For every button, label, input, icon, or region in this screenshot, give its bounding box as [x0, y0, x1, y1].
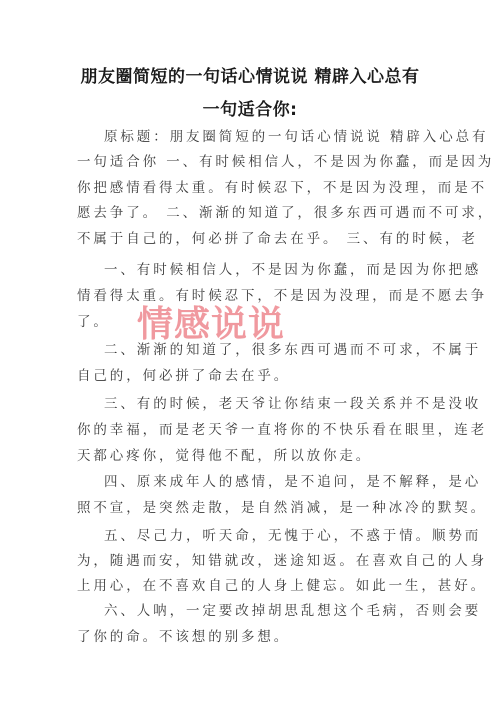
body-line: 自己的，何必拼了命去在乎。 — [77, 368, 290, 384]
body-line: 不属于自己的，何必拼了命去在乎。 三、有的时候，老 — [77, 231, 478, 247]
article-title-line-1: 朋友圈简短的一句话心情说说 精辟入心总有 — [0, 62, 500, 87]
body-line: 为，随遇而安，知错就改，迷途知返。在喜欢自己的人身 — [77, 553, 487, 569]
document-page: 朋友圈简短的一句话心情说说 精辟入心总有 一句适合你: 原标题：朋友圈简短的一句… — [0, 0, 500, 708]
body-line: 一句适合你 一、有时候相信人，不是因为你蠢，而是因为 — [77, 154, 494, 170]
article-title-line-2: 一句适合你: — [0, 95, 500, 120]
body-line: 四、原来成年人的感情，是不追问，是不解释，是心 — [104, 474, 481, 490]
body-line: 一、有时候相信人，不是因为你蠢，而是因为你把感 — [104, 262, 481, 278]
body-line: 愿去争了。 二、渐渐的知道了，很多东西可遇而不可求， — [77, 205, 494, 221]
body-line: 了。 — [77, 314, 110, 330]
body-line: 情看得太重。有时候忍下，不是因为没理，而是不愿去争 — [77, 288, 487, 304]
body-line: 六、人呐，一定要改掉胡思乱想这个毛病，否则会要 — [104, 603, 481, 619]
body-line: 原标题：朋友圈简短的一句话心情说说 精辟入心总有 — [104, 129, 488, 145]
body-line: 三、有的时候，老天爷让你结束一段关系并不是没收 — [104, 396, 481, 412]
body-line: 上用心，在不喜欢自己的人身上健忘。如此一生，甚好。 — [77, 578, 487, 594]
body-line: 你把感情看得太重。有时候忍下，不是因为没理，而是不 — [77, 180, 487, 196]
body-line: 五、尽己力，听天命，无愧于心，不惑于情。顺势而 — [104, 528, 481, 544]
body-line: 你的幸福，而是老天爷一直将你的不快乐看在眼里，连老 — [77, 422, 487, 438]
body-line: 照不宣，是突然走散，是自然消减，是一种冰冷的默契。 — [77, 500, 487, 516]
body-line: 了你的命。不该想的别多想。 — [77, 629, 290, 645]
watermark-text: 情感说说 — [137, 305, 285, 345]
body-line: 天都心疼你，觉得他不配，所以放你走。 — [77, 448, 372, 464]
